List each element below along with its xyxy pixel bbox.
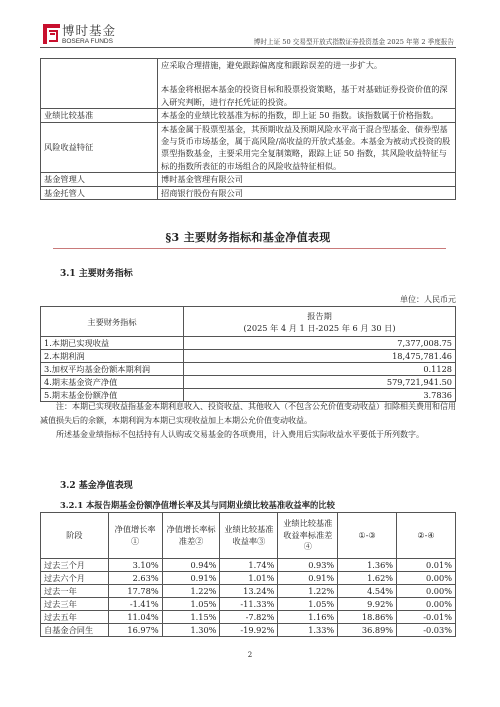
section-divider <box>53 248 446 249</box>
indicator-value: 0.1128 <box>184 363 456 376</box>
profile-text: 本基金将根据本基金的投资目标和股票投资策略，基于对基础证券投资价值的深入研究判断… <box>161 83 452 108</box>
logo-chinese-name: 博时基金 <box>62 24 116 38</box>
period-range: (2025 年 4 月 1 日-2025 年 6 月 30 日) <box>187 322 452 334</box>
indicator-label: 4.期末基金资产净值 <box>41 376 184 389</box>
table-row: 3.加权平均基金份额本期利润 0.1128 <box>41 363 456 376</box>
period-label: 自基金合同生 <box>41 624 109 637</box>
column-header-period: 阶段 <box>41 513 109 559</box>
period-label: 过去三年 <box>41 598 109 611</box>
profile-value: 本基金属于股票型基金，其预期收益及预期风险水平高于混合型基金、债券型基金与货币市… <box>158 122 456 173</box>
column-header-diff-1-3: ①-③ <box>338 513 397 559</box>
profile-key: 基金托管人 <box>41 186 158 199</box>
cell-value: 11.04% <box>108 611 162 624</box>
report-title: 博时上证 50 交易型开放式指数证券投资基金 2025 年第 2 季度报告 <box>254 36 454 46</box>
cell-value: 0.00% <box>397 598 456 611</box>
table-row: 基金托管人 招商银行股份有限公司 <box>41 186 456 199</box>
table-row: 自基金合同生 16.97% 1.30% -19.92% 1.33% 36.89%… <box>41 624 456 637</box>
indicator-value: 7,377,008.75 <box>184 337 456 350</box>
cell-value: 1.05% <box>278 598 338 611</box>
indicator-label: 3.加权平均基金份额本期利润 <box>41 363 184 376</box>
note-realized-income: 注：本期已实现收益指基金本期利息收入、投资收益、其他收入（不包含公允价值变动收益… <box>40 400 456 428</box>
cell-value: 9.92% <box>338 598 397 611</box>
cell-value: 0.93% <box>278 559 338 572</box>
table-row: 基金管理人 博时基金管理有限公司 <box>41 173 456 186</box>
profile-value: 本基金的业绩比较基准为标的指数，即上证 50 指数。该指数属于价格指数。 <box>158 109 456 122</box>
cell-value: 0.91% <box>278 572 338 585</box>
cell-value: 1.15% <box>162 611 220 624</box>
table-row: 风险收益特征 本基金属于股票型基金，其预期收益及预期风险水平高于混合型基金、债券… <box>41 122 456 173</box>
cell-value: 1.16% <box>278 611 338 624</box>
cell-value: 18.86% <box>338 611 397 624</box>
cell-value: 13.24% <box>220 585 278 598</box>
financial-indicators-table: 主要财务指标 报告期 (2025 年 4 月 1 日-2025 年 6 月 30… <box>40 306 456 402</box>
period-label: 过去五年 <box>41 611 109 624</box>
period-label: 报告期 <box>187 310 452 322</box>
column-header-diff-2-4: ②-④ <box>397 513 456 559</box>
subsection-3-1-title: 3.1 主要财务指标 <box>60 266 133 279</box>
cell-value: -19.92% <box>220 624 278 637</box>
cell-value: 1.36% <box>338 559 397 572</box>
note-fees: 所述基金业绩指标不包括持有人认购或交易基金的各项费用，计入费用后实际收益水平要低… <box>40 428 456 442</box>
profile-value: 应采取合理措施，避免跟踪偏离度和跟踪误差的进一步扩大。 本基金将根据本基金的投资… <box>158 59 456 109</box>
table-row: 过去一年 17.78% 1.22% 13.24% 1.22% 4.54% 0.0… <box>41 585 456 598</box>
cell-value: 2.63% <box>108 572 162 585</box>
cell-value: -0.03% <box>397 624 456 637</box>
cell-value: -0.01% <box>397 611 456 624</box>
page-number: 2 <box>0 651 500 659</box>
cell-value: 1.22% <box>278 585 338 598</box>
cell-value: -11.33% <box>220 598 278 611</box>
cell-value: 1.33% <box>278 624 338 637</box>
period-label: 过去三个月 <box>41 559 109 572</box>
nav-performance-table: 阶段 净值增长率① 净值增长率标准差② 业绩比较基准收益率③ 业绩比较基准收益率… <box>40 512 456 637</box>
table-row: 4.期末基金资产净值 579,721,941.50 <box>41 376 456 389</box>
cell-value: -7.82% <box>220 611 278 624</box>
section-title: §3 主要财务指标和基金净值表现 <box>40 229 456 245</box>
cell-value: 36.89% <box>338 624 397 637</box>
table-row: 过去五年 11.04% 1.15% -7.82% 1.16% 18.86% -0… <box>41 611 456 624</box>
table-row: 过去三年 -1.41% 1.05% -11.33% 1.05% 9.92% 0.… <box>41 598 456 611</box>
table-row: 1.本期已实现收益 7,377,008.75 <box>41 337 456 350</box>
spacer <box>161 71 452 83</box>
column-header-benchmark-std: 业绩比较基准收益率标准差④ <box>278 513 338 559</box>
table-header-row: 阶段 净值增长率① 净值增长率标准差② 业绩比较基准收益率③ 业绩比较基准收益率… <box>41 513 456 559</box>
table-header-row: 主要财务指标 报告期 (2025 年 4 月 1 日-2025 年 6 月 30… <box>41 307 456 337</box>
cell-value: 4.54% <box>338 585 397 598</box>
indicator-value: 18,475,781.46 <box>184 350 456 363</box>
bosera-logo-icon <box>43 24 60 44</box>
subsection-3-2-title: 3.2 基金净值表现 <box>60 478 133 491</box>
table-row: 过去三个月 3.10% 0.94% 1.74% 0.93% 1.36% 0.01… <box>41 559 456 572</box>
period-label: 过去一年 <box>41 585 109 598</box>
cell-value: 0.01% <box>397 559 456 572</box>
column-header-period: 报告期 (2025 年 4 月 1 日-2025 年 6 月 30 日) <box>184 307 456 337</box>
cell-value: 0.00% <box>397 585 456 598</box>
cell-value: 1.74% <box>220 559 278 572</box>
indicator-label: 1.本期已实现收益 <box>41 337 184 350</box>
cell-value: 1.30% <box>162 624 220 637</box>
profile-value: 博时基金管理有限公司 <box>158 173 456 186</box>
indicator-label: 2.本期利润 <box>41 350 184 363</box>
cell-value: -1.41% <box>108 598 162 611</box>
cell-value: 1.01% <box>220 572 278 585</box>
period-label: 过去六个月 <box>41 572 109 585</box>
profile-key: 基金管理人 <box>41 173 158 186</box>
fund-profile-table: 应采取合理措施，避免跟踪偏离度和跟踪误差的进一步扩大。 本基金将根据本基金的投资… <box>40 58 456 200</box>
logo-english-name: BOSERA FUNDS <box>62 38 116 46</box>
profile-text: 应采取合理措施，避免跟踪偏离度和跟踪误差的进一步扩大。 <box>161 59 452 71</box>
cell-value: 0.94% <box>162 559 220 572</box>
profile-value: 招商银行股份有限公司 <box>158 186 456 199</box>
profile-key: 风险收益特征 <box>41 122 158 173</box>
subsection-3-2-1-title: 3.2.1 本报告期基金份额净值增长率及其与同期业绩比较基准收益率的比较 <box>60 499 335 511</box>
page-header: 博时基金 BOSERA FUNDS 博时上证 50 交易型开放式指数证券投资基金… <box>40 22 456 48</box>
cell-value: 3.10% <box>108 559 162 572</box>
cell-value: 1.05% <box>162 598 220 611</box>
profile-key <box>41 59 158 109</box>
profile-key: 业绩比较基准 <box>41 109 158 122</box>
table-row: 应采取合理措施，避免跟踪偏离度和跟踪误差的进一步扩大。 本基金将根据本基金的投资… <box>41 59 456 109</box>
bosera-logo: 博时基金 BOSERA FUNDS <box>43 24 116 46</box>
table-row: 业绩比较基准 本基金的业绩比较基准为标的指数，即上证 50 指数。该指数属于价格… <box>41 109 456 122</box>
cell-value: 0.91% <box>162 572 220 585</box>
indicator-value: 579,721,941.50 <box>184 376 456 389</box>
cell-value: 1.22% <box>162 585 220 598</box>
cell-value: 17.78% <box>108 585 162 598</box>
column-header-nav-growth: 净值增长率① <box>108 513 162 559</box>
column-header-indicator: 主要财务指标 <box>41 307 184 337</box>
column-header-nav-std: 净值增长率标准差② <box>162 513 220 559</box>
table-row: 2.本期利润 18,475,781.46 <box>41 350 456 363</box>
cell-value: 0.00% <box>397 572 456 585</box>
currency-unit: 单位：人民币元 <box>400 294 456 305</box>
cell-value: 1.62% <box>338 572 397 585</box>
table-row: 过去六个月 2.63% 0.91% 1.01% 0.91% 1.62% 0.00… <box>41 572 456 585</box>
column-header-benchmark-return: 业绩比较基准收益率③ <box>220 513 278 559</box>
cell-value: 16.97% <box>108 624 162 637</box>
